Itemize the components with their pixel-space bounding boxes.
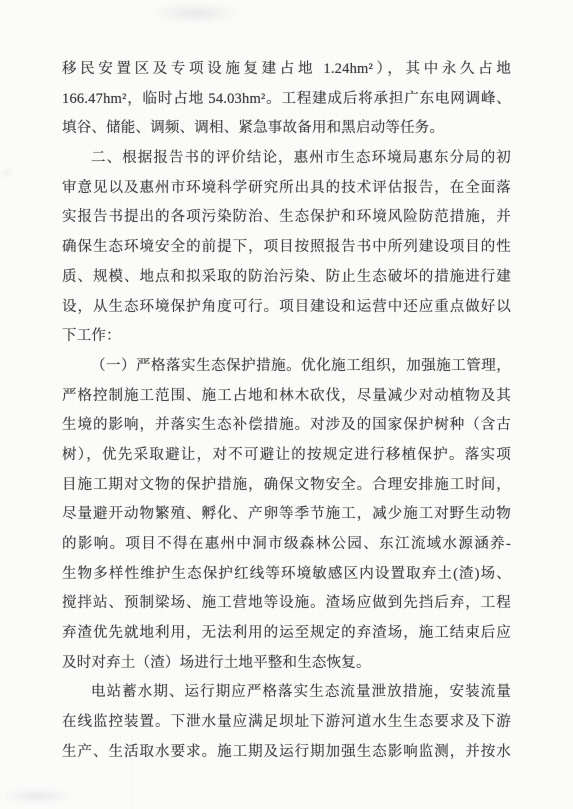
text-line: 移民安置区及专项设施复建占地 1.24hm²），其中永久占地 — [62, 55, 511, 85]
scan-fold-line — [131, 735, 132, 809]
text-line: 质、规模、地点和拟采取的防治污染、防止生态破坏的措施进行建 — [62, 263, 511, 293]
scan-smudge-top — [148, 2, 243, 24]
text-line: 及时对弃土（渣）场进行土地平整和生态恢复。 — [62, 649, 511, 679]
text-line: 设，从生态环境保护角度可行。项目建设和运营中还应重点做好以 — [62, 293, 511, 323]
scan-smudge-bottom-left — [2, 788, 72, 804]
text-line: 搅拌站、预制梁场、施工营地等设施。渣场应做到先挡后弃，工程 — [62, 589, 511, 619]
text-line: 电站蓄水期、运行期应严格落实生态流量泄放措施，安装流量 — [62, 678, 511, 708]
text-line: 二、根据报告书的评价结论，惠州市生态环境局惠东分局的初 — [62, 144, 511, 174]
text-line: 下工作： — [62, 322, 511, 352]
text-line: 审意见以及惠州市环境科学研究所出具的技术评估报告，在全面落 — [62, 174, 511, 204]
text-line: 在线监控装置。下泄水量应满足坝址下游河道水生生态要求及下游 — [62, 708, 511, 738]
text-line: 严格控制施工范围、施工占地和林木砍伐，尽量减少对动植物及其 — [62, 382, 511, 412]
text-line: 生物多样性维护生态保护红线等环境敏感区内设置取弃土(渣)场、 — [62, 560, 511, 590]
text-line: 树），优先采取避让，对不可避让的按规定进行移植保护。落实项 — [62, 441, 511, 471]
document-body-text: 移民安置区及专项设施复建占地 1.24hm²），其中永久占地166.47hm²，… — [62, 55, 511, 768]
scan-edge-mark — [0, 168, 14, 178]
text-line: 确保生态环境安全的前提下，项目按照报告书中所列建设项目的性 — [62, 233, 511, 263]
text-line: 166.47hm²，临时占地 54.03hm²。工程建成后将承担广东电网调峰、 — [62, 85, 511, 115]
text-line: 尽量避开动物繁殖、孵化、产卵等季节施工，减少施工对野生动物 — [62, 500, 511, 530]
text-line: 实报告书提出的各项污染防治、生态保护和环境风险防范措施，并 — [62, 203, 511, 233]
text-line: （一）严格落实生态保护措施。优化施工组织，加强施工管理， — [62, 352, 511, 382]
text-line: 的影响。项目不得在惠州中洞市级森林公园、东江流域水源涵养- — [62, 530, 511, 560]
text-line: 弃渣优先就地利用，无法利用的运至规定的弃渣场，施工结束后应 — [62, 619, 511, 649]
text-line: 生境的影响，并落实生态补偿措施。对涉及的国家保护树种（含古 — [62, 411, 511, 441]
text-line: 目施工期对文物的保护措施，确保文物安全。合理安排施工时间， — [62, 471, 511, 501]
text-line: 生产、生活取水要求。施工期及运行期加强生态影响监测，并按水 — [62, 738, 511, 768]
text-line: 填谷、储能、调频、调相、紧急事故备用和黑启动等任务。 — [62, 114, 511, 144]
scanned-document-page: 移民安置区及专项设施复建占地 1.24hm²），其中永久占地166.47hm²，… — [0, 0, 573, 809]
